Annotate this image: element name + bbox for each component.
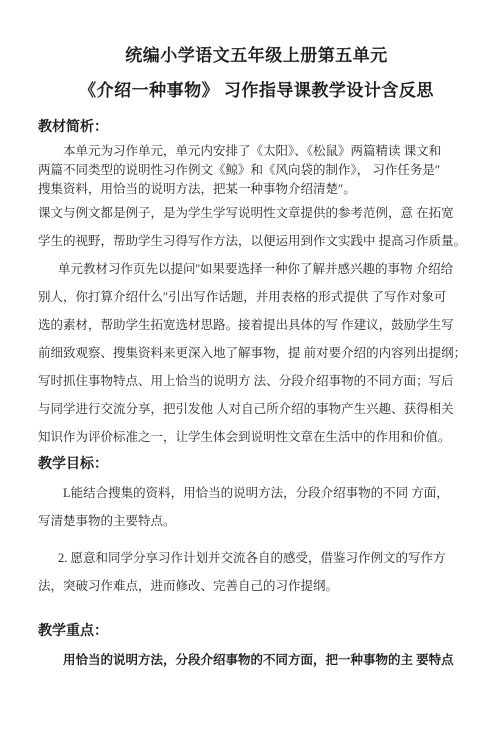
teaching-key-point-paragraph: 用恰当的说明方法，分段介绍事物的不同方面，把一种事物的主 要特点 (38, 646, 475, 674)
teaching-goal-1: L能结合搜集的资料，用恰当的说明方法，分段介绍事物的不同 方面， 写清楚事物的主… (38, 479, 475, 535)
document-title-line1: 统编小学语文五年级上册第五单元 (38, 44, 475, 68)
material-analysis-paragraph-2: 课文与例文都是例子，是为学生学写说明性文章提供的参考范例，意 在拓宽 学生的视野… (38, 199, 475, 255)
document-page: 统编小学语文五年级上册第五单元 《介绍一种事物》 习作指导课教学设计含反思 教材… (0, 0, 500, 740)
material-analysis-paragraph-1: 本单元为习作单元，单元内安排了《太阳》、《松鼠》两篇精读 课文和 两篇不同类型的… (38, 142, 475, 199)
section-heading-material-analysis: 教材简析： (38, 118, 475, 138)
material-analysis-paragraph-3: 单元教材习作页先以提问''如果要选择一种你了解并感兴趣的事物 介绍给 别人，你打… (38, 255, 475, 451)
document-title-line2: 《介绍一种事物》 习作指导课教学设计含反思 (38, 79, 475, 103)
section-heading-teaching-goals: 教学目标： (38, 455, 475, 475)
section-heading-teaching-key-point: 教学重点： (38, 622, 475, 642)
teaching-goal-2: 2. 愿意和同学分享习作计划并交流各自的感受，借鉴习作例文的写作方 法，突破习作… (38, 544, 475, 600)
